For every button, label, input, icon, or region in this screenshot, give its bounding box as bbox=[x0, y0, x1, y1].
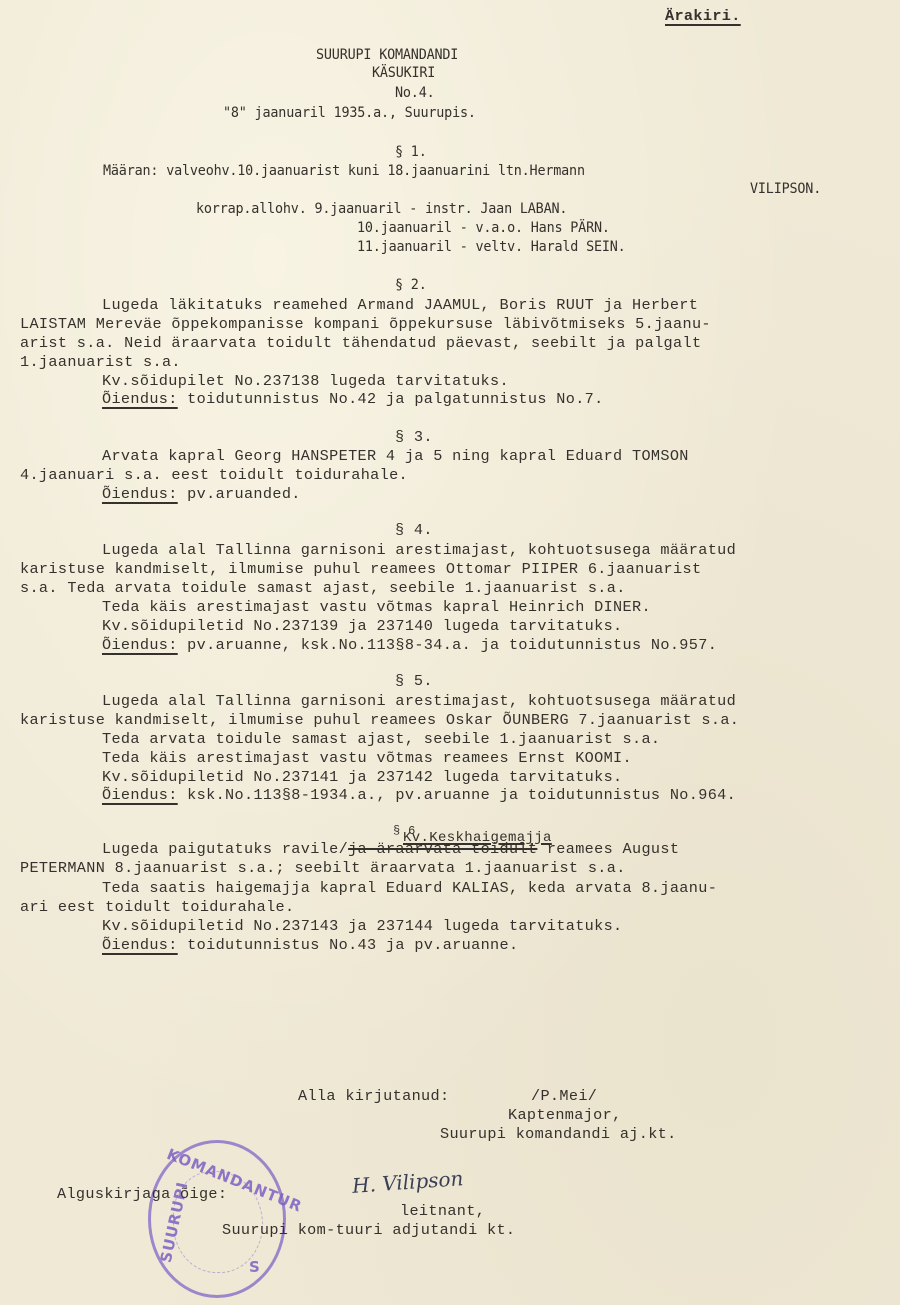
section-4-line: Kv.sõidupiletid No.237139 ja 237140 luge… bbox=[102, 617, 623, 635]
signed-position: Suurupi komandandi aj.kt. bbox=[440, 1125, 677, 1143]
section-5-line: Lugeda alal Tallinna garnisoni arestimaj… bbox=[102, 692, 736, 710]
header-type: KÄSUKIRI bbox=[372, 64, 435, 82]
section-5-line: Kv.sõidupiletid No.237141 ja 237142 luge… bbox=[102, 768, 623, 786]
section-4-line: karistuse kandmiselt, ilmumise puhul rea… bbox=[20, 560, 701, 578]
stamp-text-bottom: S bbox=[249, 1258, 260, 1276]
note-text: ksk.No.113§8-1934.a., pv.aruanne ja toid… bbox=[178, 786, 736, 804]
section-3-note: Õiendus: pv.aruanded. bbox=[102, 485, 301, 503]
section-5-line: Teda käis arestimajast vastu võtmas ream… bbox=[102, 749, 632, 767]
section-5-note: Õiendus: ksk.No.113§8-1934.a., pv.aruann… bbox=[102, 786, 736, 804]
certification-position: Suurupi kom-tuuri adjutandi kt. bbox=[222, 1221, 515, 1239]
section-5-line: Teda arvata toidule samast ajast, seebil… bbox=[102, 730, 660, 748]
handwritten-signature: H. Vilipson bbox=[351, 1166, 464, 1198]
note-text: toidutunnistus No.42 ja palgatunnistus N… bbox=[178, 390, 604, 408]
section-6-note: Õiendus: toidutunnistus No.43 ja pv.arua… bbox=[102, 936, 518, 954]
section-2-line: LAISTAM Mereväe õppekompanisse kompani õ… bbox=[20, 315, 711, 333]
section-1-line: 11.jaanuaril - veltv. Harald SEIN. bbox=[357, 238, 626, 256]
section-3-line: 4.jaanuari s.a. eest toidult toidurahale… bbox=[20, 466, 408, 484]
section-6-line: ari eest toidult toidurahale. bbox=[20, 898, 294, 916]
note-label: Õiendus: bbox=[102, 390, 178, 408]
section-1-line: Määran: valveohv.10.jaanuarist kuni 18.j… bbox=[103, 162, 585, 180]
section-6-line: Teda saatis haigemajja kapral Eduard KAL… bbox=[102, 879, 717, 897]
header-org: SUURUPI KOMANDANDI bbox=[316, 46, 458, 64]
section-2-note: Õiendus: toidutunnistus No.42 ja palgatu… bbox=[102, 390, 604, 408]
section-2-line: Lugeda läkitatuks reamehed Armand JAAMUL… bbox=[102, 296, 698, 314]
line-end: reamees August bbox=[537, 840, 679, 858]
certification-rank: leitnant, bbox=[400, 1202, 485, 1220]
section-5-line: karistuse kandmiselt, ilmumise puhul rea… bbox=[20, 711, 739, 729]
certification-label: Alguskirjaga õige: bbox=[57, 1185, 227, 1203]
section-4-line: s.a. Teda arvata toidule samast ajast, s… bbox=[20, 579, 626, 597]
section-3-line: Arvata kapral Georg HANSPETER 4 ja 5 nin… bbox=[102, 447, 689, 465]
note-text: pv.aruanne, ksk.No.113§8-34.a. ja toidut… bbox=[178, 636, 717, 654]
header-date-place: "8" jaanuaril 1935.a., Suurupis. bbox=[223, 104, 476, 122]
line-start: Lugeda paigutatuks ravile bbox=[102, 840, 339, 858]
signed-label: Alla kirjutanud: bbox=[298, 1087, 449, 1105]
section-1-title: § 1. bbox=[395, 143, 427, 161]
section-1-line: korrap.allohv. 9.jaanuaril - instr. Jaan… bbox=[196, 200, 567, 218]
note-label: Õiendus: bbox=[102, 786, 178, 804]
section-1-line: 10.jaanuaril - v.a.o. Hans PÄRN. bbox=[357, 219, 610, 237]
note-text: toidutunnistus No.43 ja pv.aruanne. bbox=[178, 936, 519, 954]
struck-text: ja äraarvata toidult bbox=[348, 840, 537, 858]
section-4-note: Õiendus: pv.aruanne, ksk.No.113§8-34.a. … bbox=[102, 636, 717, 654]
section-3-title: § 3. bbox=[395, 428, 433, 446]
note-label: Õiendus: bbox=[102, 936, 178, 954]
section-6-line: PETERMANN 8.jaanuarist s.a.; seebilt ära… bbox=[20, 859, 626, 877]
note-label: Õiendus: bbox=[102, 636, 178, 654]
note-label: Õiendus: bbox=[102, 485, 178, 503]
section-2-title: § 2. bbox=[395, 276, 427, 294]
section-2-line: Kv.sõidupilet No.237138 lugeda tarvitatu… bbox=[102, 372, 509, 390]
section-5-title: § 5. bbox=[395, 672, 433, 690]
section-4-title: § 4. bbox=[395, 521, 433, 539]
note-text: pv.aruanded. bbox=[178, 485, 301, 503]
signed-rank: Kaptenmajor, bbox=[508, 1106, 622, 1124]
signed-name: /P.Mei/ bbox=[531, 1087, 597, 1105]
section-2-line: arist s.a. Neid äraarvata toidult tähend… bbox=[20, 334, 701, 352]
section-6-line: Lugeda paigutatuks ravile/ja äraarvata t… bbox=[102, 840, 679, 858]
section-2-line: 1.jaanuarist s.a. bbox=[20, 353, 181, 371]
section-4-line: Lugeda alal Tallinna garnisoni arestimaj… bbox=[102, 541, 736, 559]
section-6-line: Kv.sõidupiletid No.237143 ja 237144 luge… bbox=[102, 917, 623, 935]
copy-mark: Ärakiri. bbox=[665, 7, 741, 25]
header-number: No.4. bbox=[395, 84, 435, 102]
insertion-caret: / bbox=[339, 840, 348, 858]
section-1-line: VILIPSON. bbox=[750, 180, 821, 198]
section-4-line: Teda käis arestimajast vastu võtmas kapr… bbox=[102, 598, 651, 616]
official-stamp: KOMANDANTUR SUURUPI S bbox=[148, 1140, 286, 1298]
